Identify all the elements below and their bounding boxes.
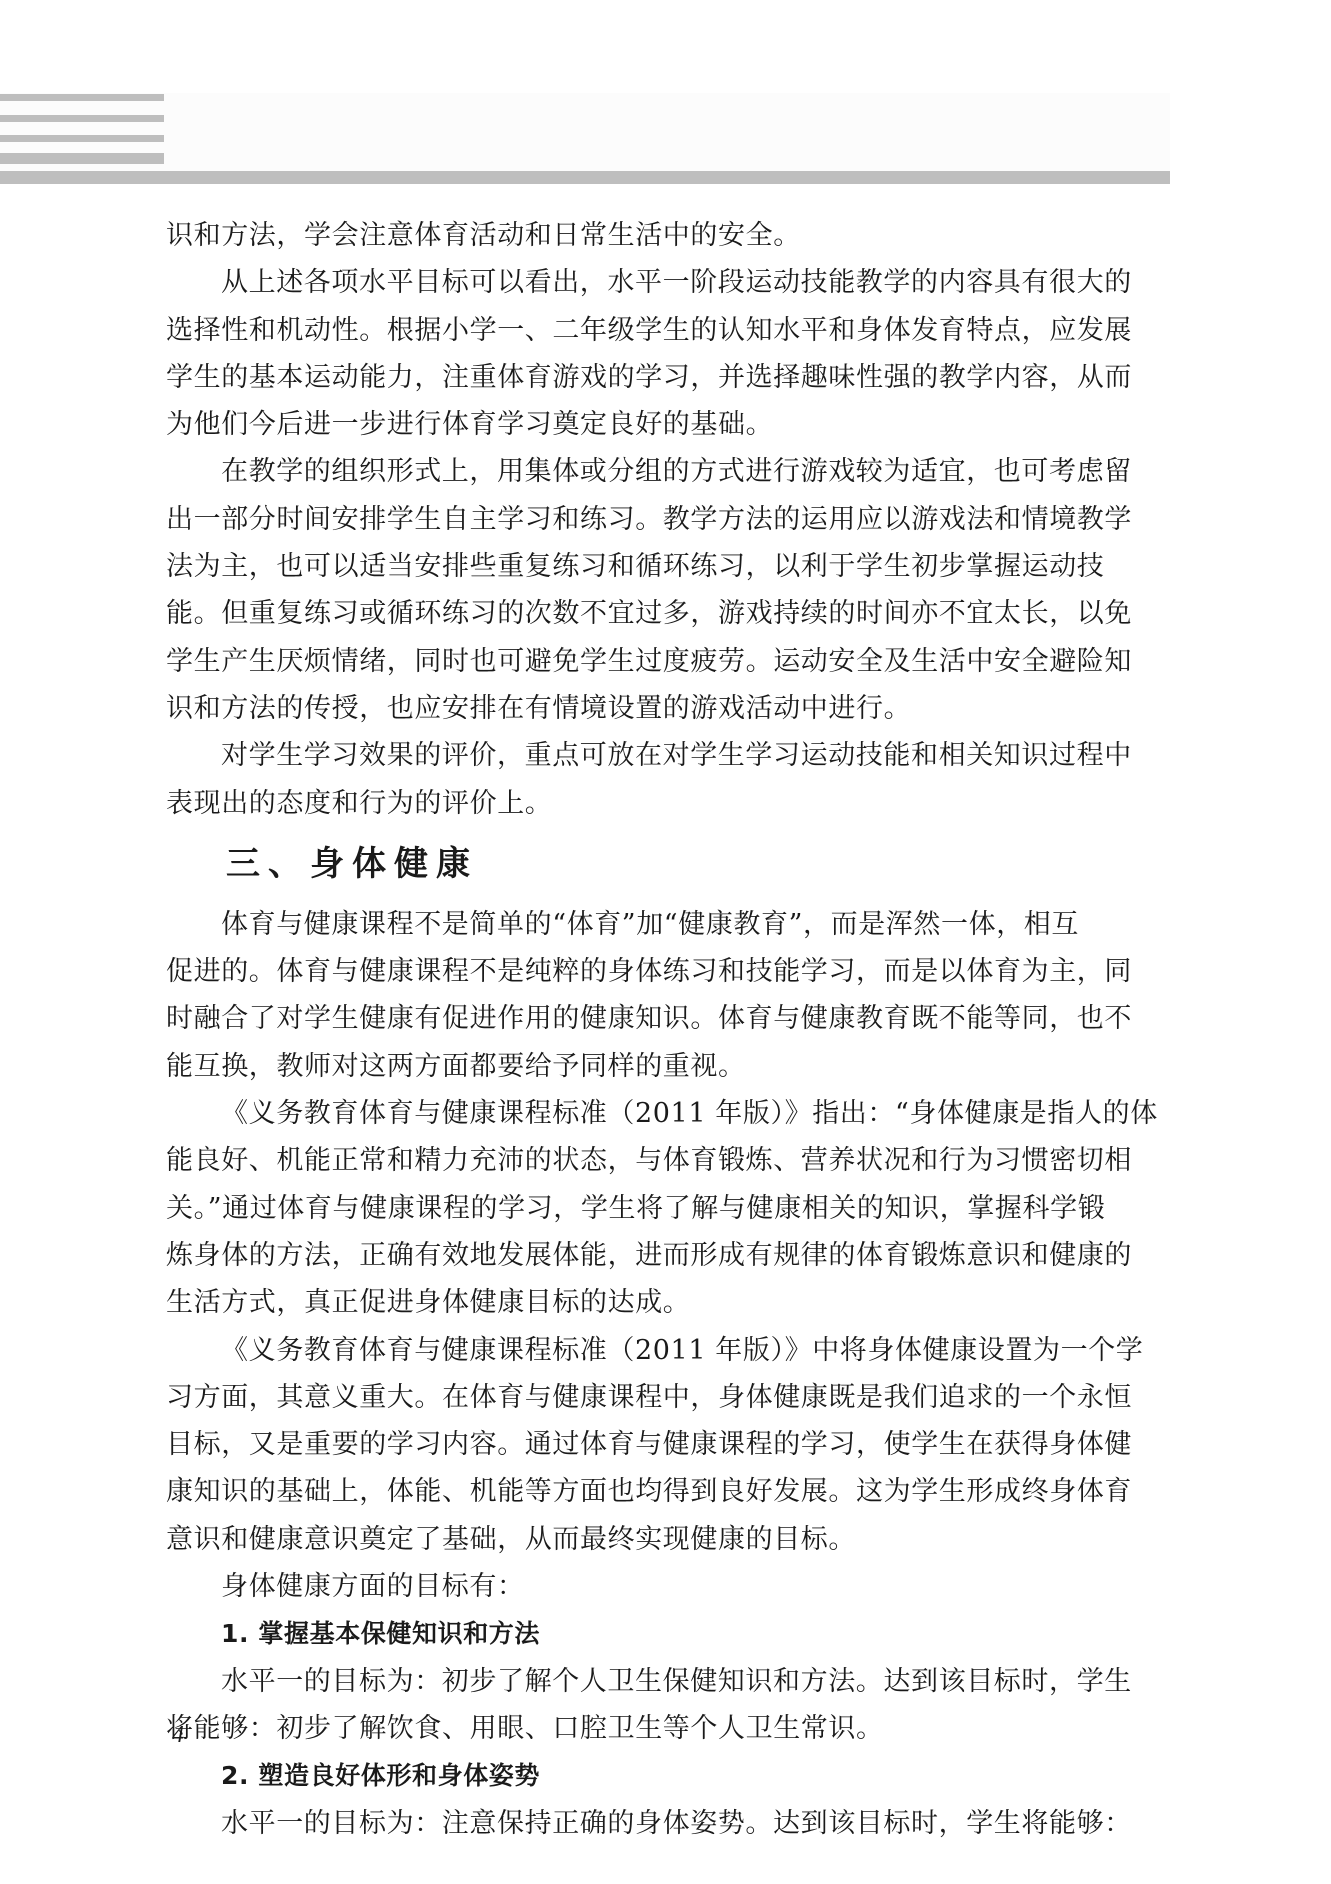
paragraph-line: 身体健康方面的目标有： xyxy=(166,1563,1170,1610)
paragraph-line: 促进的。体育与健康课程不是纯粹的身体练习和技能学习，而是以体育为主，同 xyxy=(166,948,1170,995)
paragraph-line: 时融合了对学生健康有促进作用的健康知识。体育与健康教育既不能等同，也不 xyxy=(166,995,1170,1042)
header-stripe xyxy=(0,153,164,164)
paragraph-line: 水平一的目标为：注意保持正确的身体姿势。达到该目标时，学生将能够： xyxy=(166,1800,1170,1847)
paragraph-line: 体育与健康课程不是简单的“体育”加“健康教育”，而是浑然一体，相互 xyxy=(166,901,1170,948)
paragraph-line: 选择性和机动性。根据小学一、二年级学生的认知水平和身体发育特点，应发展 xyxy=(166,307,1170,354)
paragraph-line: 从上述各项水平目标可以看出，水平一阶段运动技能教学的内容具有很大的 xyxy=(166,259,1170,306)
paragraph-line: 水平一的目标为：初步了解个人卫生保健知识和方法。达到该目标时，学生 xyxy=(166,1658,1170,1705)
subheading-2: 2. 塑造良好体形和身体姿势 xyxy=(166,1752,1170,1799)
header-stripe xyxy=(0,115,164,122)
paragraph-line: 习方面，其意义重大。在体育与健康课程中，身体健康既是我们追求的一个永恒 xyxy=(166,1374,1170,1421)
page-number: 4 xyxy=(172,1722,184,1749)
paragraph-line: 生活方式，真正促进身体健康目标的达成。 xyxy=(166,1279,1170,1326)
paragraph-line: 为他们今后进一步进行体育学习奠定良好的基础。 xyxy=(166,401,1170,448)
header-stripe xyxy=(0,94,164,101)
paragraph-line: 识和方法的传授，也应安排在有情境设置的游戏活动中进行。 xyxy=(166,685,1170,732)
paragraph-line: 能互换，教师对这两方面都要给予同样的重视。 xyxy=(166,1043,1170,1090)
paragraph-line: 将能够：初步了解饮食、用眼、口腔卫生等个人卫生常识。 xyxy=(166,1705,1170,1752)
paragraph-line: 炼身体的方法，正确有效地发展体能，进而形成有规律的体育锻炼意识和健康的 xyxy=(166,1232,1170,1279)
paragraph-line: 法为主，也可以适当安排些重复练习和循环练习，以利于学生初步掌握运动技 xyxy=(166,543,1170,590)
paragraph-line: 在教学的组织形式上，用集体或分组的方式进行游戏较为适宜，也可考虑留 xyxy=(166,448,1170,495)
header-panel xyxy=(0,93,1170,171)
paragraph-line: 表现出的态度和行为的评价上。 xyxy=(166,780,1170,827)
paragraph-line: 识和方法，学会注意体育活动和日常生活中的安全。 xyxy=(166,212,1170,259)
paragraph-line: 《义务教育体育与健康课程标准（2011 年版）》指出：“身体健康是指人的体 xyxy=(166,1090,1170,1137)
header-stripe xyxy=(0,135,164,142)
paragraph-line: 康知识的基础上，体能、机能等方面也均得到良好发展。这为学生形成终身体育 xyxy=(166,1468,1170,1515)
section-heading: 三、身体健康 xyxy=(166,827,1170,901)
paragraph-line: 能。但重复练习或循环练习的次数不宜过多，游戏持续的时间亦不宜太长，以免 xyxy=(166,590,1170,637)
paragraph-line: 学生产生厌烦情绪，同时也可避免学生过度疲劳。运动安全及生活中安全避险知 xyxy=(166,638,1170,685)
header-rule xyxy=(0,171,1170,184)
paragraph-line: 能良好、机能正常和精力充沛的状态，与体育锻炼、营养状况和行为习惯密切相 xyxy=(166,1137,1170,1184)
paragraph-line: 意识和健康意识奠定了基础，从而最终实现健康的目标。 xyxy=(166,1516,1170,1563)
paragraph-line: 《义务教育体育与健康课程标准（2011 年版）》中将身体健康设置为一个学 xyxy=(166,1327,1170,1374)
subheading-1: 1. 掌握基本保健知识和方法 xyxy=(166,1610,1170,1657)
paragraph-line: 学生的基本运动能力，注重体育游戏的学习，并选择趣味性强的教学内容，从而 xyxy=(166,354,1170,401)
paragraph-line: 关。”通过体育与健康课程的学习，学生将了解与健康相关的知识，掌握科学锻 xyxy=(166,1185,1170,1232)
page-body: 识和方法，学会注意体育活动和日常生活中的安全。 从上述各项水平目标可以看出，水平… xyxy=(166,212,1170,1847)
paragraph-line: 目标，又是重要的学习内容。通过体育与健康课程的学习，使学生在获得身体健 xyxy=(166,1421,1170,1468)
paragraph-line: 对学生学习效果的评价，重点可放在对学生学习运动技能和相关知识过程中 xyxy=(166,732,1170,779)
paragraph-line: 出一部分时间安排学生自主学习和练习。教学方法的运用应以游戏法和情境教学 xyxy=(166,496,1170,543)
